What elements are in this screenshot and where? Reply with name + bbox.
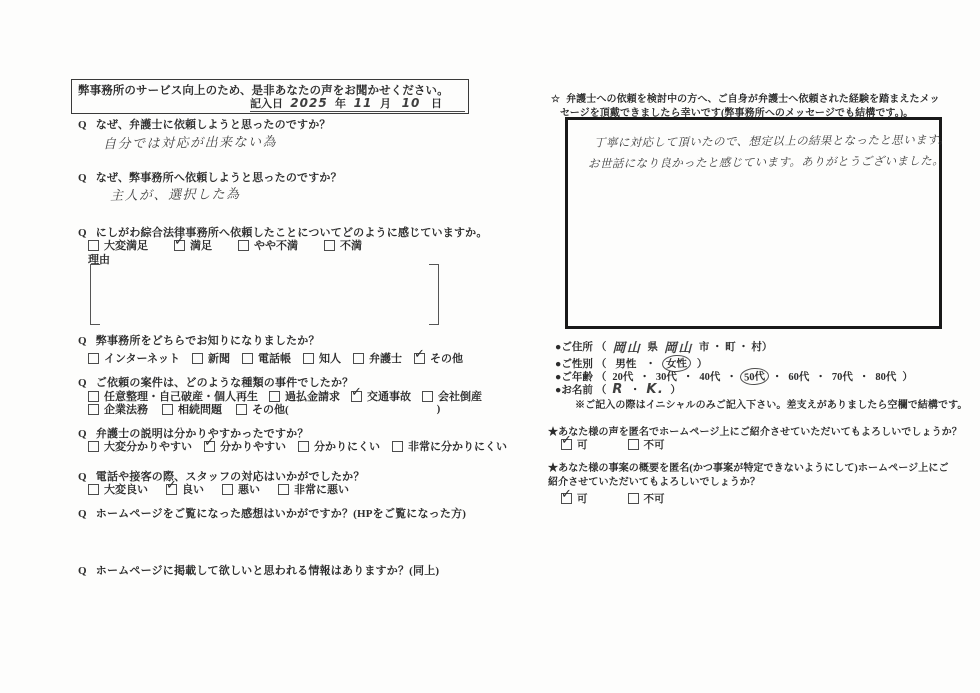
permission1-text: ★あなた様の声を匿名でホームページ上にご紹介させていただいてもよろしいでしょうか…	[548, 423, 962, 438]
address-pref-handwritten: 岡山	[612, 337, 641, 356]
perm1-ok-label: 可	[577, 437, 588, 452]
q7-option-3: 非常に悪い	[278, 481, 349, 497]
q6-option-2-label: 分かりにくい	[314, 438, 380, 454]
reason-bracket-left	[90, 264, 100, 325]
q4-option-1-label: 新聞	[208, 350, 230, 366]
name-close-paren: ）	[670, 382, 681, 397]
q3-option-1-label: 満足	[190, 237, 212, 253]
q-mark: Q	[78, 471, 87, 483]
q6-option-0-label: 大変分かりやすい	[104, 438, 192, 454]
checkbox	[303, 353, 314, 364]
age-option-60s: 60代	[785, 369, 812, 384]
address-open-paren: （	[596, 339, 607, 354]
q-mark: Q	[78, 377, 87, 389]
profile-name-row: ●お名前 （ R ・ K. ）	[555, 382, 684, 397]
fill-date-year-value: 2025	[283, 96, 335, 110]
perm2-ng-label: 不可	[644, 491, 665, 506]
checkbox	[628, 493, 639, 504]
checkbox	[162, 404, 173, 415]
fill-date-label: 記入日	[250, 95, 283, 111]
age-dot: ・	[815, 369, 826, 384]
q4-option-3-label: 知人	[319, 350, 341, 366]
checkbox	[192, 353, 203, 364]
q-mark: Q	[78, 335, 87, 347]
profile-address-row: ●ご住所 （ 岡山 県 岡山 市 ・ 町 ・ 村）	[555, 337, 775, 356]
star-icon: ☆	[551, 94, 560, 105]
checkbox	[628, 439, 639, 450]
name-first-initial-handwritten: R	[612, 382, 624, 397]
fill-date-day-unit: 日	[431, 95, 442, 111]
message-request-note-line1: ☆弁護士への依頼を検討中の方へ、ご自身が弁護士へ依頼された経験を踏まえたメッ	[551, 90, 940, 105]
name-last-initial-handwritten: K.	[646, 382, 664, 397]
q4-option-5-label: その他	[430, 350, 463, 366]
perm2-ok-label: 可	[577, 491, 588, 506]
q4-option-2-label: 電話帳	[258, 350, 291, 366]
checkbox	[561, 493, 572, 504]
q6-option-2: 分かりにくい	[298, 438, 380, 454]
age-option-40s: 40代	[696, 369, 723, 384]
age-dot: ・	[726, 369, 737, 384]
handwritten-message-line1: 丁寧に対応して頂いたので、想定以上の結果となったと思います。	[594, 131, 950, 150]
q4-option-4-label: 弁護士	[369, 350, 402, 366]
checkbox	[242, 353, 253, 364]
checkbox	[238, 240, 249, 251]
q6-option-1: 分かりやすい	[204, 438, 286, 454]
question-q4: Q弊事務所をどちらでお知りになりましたか？	[78, 332, 320, 348]
q5-option-5-label: 相続問題	[178, 401, 222, 417]
q4-option-2: 電話帳	[242, 350, 291, 366]
question-q8: Qホームページをご覧になった感想はいかがですか？(HPをご覧になった方)	[78, 505, 466, 521]
answer-q1-handwritten: 自分では対応が出来ない為	[103, 131, 277, 152]
q5-options-row2: 企業法務 相続問題 その他()	[88, 401, 454, 417]
question-q1: Qなぜ、弁護士に依頼しようと思ったのですか？	[78, 116, 331, 132]
q3-option-1: 満足	[174, 237, 212, 253]
name-label: ●お名前	[555, 382, 593, 397]
checkbox	[174, 240, 185, 251]
question-q9-text: ホームページに掲載して欲しいと思われる情報はありますか？(同上)	[96, 565, 440, 577]
perm2-option-ok: 可	[561, 491, 588, 506]
q6-option-0: 大変分かりやすい	[88, 438, 192, 454]
q-mark: Q	[78, 119, 87, 131]
q3-option-2: やや不満	[238, 237, 298, 253]
checkbox	[88, 441, 99, 452]
checkbox	[269, 391, 280, 402]
fill-date-day-value: 10	[391, 96, 431, 110]
checkbox	[204, 441, 215, 452]
permission2-options-row: 可 不可	[561, 491, 665, 506]
q-mark: Q	[78, 227, 87, 239]
q7-option-3-label: 非常に悪い	[294, 481, 349, 497]
q4-option-5: その他	[414, 350, 463, 366]
age-option-50s: 50代	[739, 367, 769, 385]
name-open-paren: （	[596, 382, 607, 397]
age-dot: ・	[683, 369, 694, 384]
q7-option-2: 悪い	[222, 481, 260, 497]
fill-date-month-value: 11	[346, 96, 380, 110]
answer-q2-handwritten: 主人が、選択した為	[110, 183, 241, 204]
perm1-option-ng: 不可	[628, 437, 665, 452]
initials-note: ※ご記入の際はイニシャルのみご記入下さい。差支えがありましたら空欄で結構です。	[575, 396, 968, 411]
reason-bracket-right	[429, 264, 439, 325]
perm1-option-ok: 可	[561, 437, 588, 452]
handwritten-message-line2: お世話になり良かったと感じています。ありがとうございました。	[588, 152, 944, 171]
age-option-80s: 80代	[872, 369, 899, 384]
permission1-options-row: 可 不可	[561, 437, 665, 452]
q3-option-3-label: 不満	[340, 237, 362, 253]
q4-option-0-label: インターネット	[104, 350, 180, 366]
q5-option-4-label: 企業法務	[104, 401, 148, 417]
q5-option-5: 相続問題	[162, 401, 222, 417]
question-q1-text: なぜ、弁護士に依頼しようと思ったのですか？	[96, 119, 331, 131]
perm1-ng-label: 不可	[644, 437, 665, 452]
checkbox	[278, 484, 289, 495]
q5-option-6: その他()	[236, 401, 440, 417]
q3-options-row: 大変満足 満足 やや不満 不満	[88, 237, 388, 253]
checkbox	[88, 404, 99, 415]
address-city-handwritten: 岡山	[664, 337, 693, 356]
permission2-text-line1: ★あなた様の事案の概要を匿名(かつ事案が特定できないようにして)ホームページ上に…	[548, 459, 949, 474]
q7-option-0: 大変良い	[88, 481, 148, 497]
q4-options-row: インターネット 新聞 電話帳 知人 弁護士 その他	[88, 350, 475, 366]
checkbox	[324, 240, 335, 251]
checkbox	[166, 484, 177, 495]
checkbox	[88, 240, 99, 251]
q4-option-0: インターネット	[88, 350, 180, 366]
fill-date-line: 記入日 2025 年 11 月 10 日	[250, 95, 465, 112]
checkbox	[298, 441, 309, 452]
checkbox	[414, 353, 425, 364]
question-q8-text: ホームページをご覧になった感想はいかがですか？(HPをご覧になった方)	[96, 508, 466, 520]
checkbox	[88, 353, 99, 364]
perm2-option-ng: 不可	[628, 491, 665, 506]
q4-option-3: 知人	[303, 350, 341, 366]
q5-option-6-label: その他(	[252, 401, 289, 417]
q5-option-4: 企業法務	[88, 401, 148, 417]
checkbox	[392, 441, 403, 452]
q3-option-3: 不満	[324, 237, 362, 253]
question-q9: Qホームページに掲載して欲しいと思われる情報はありますか？(同上)	[78, 562, 439, 578]
q5-other-close-paren: )	[437, 403, 441, 415]
scanned-survey-form: 弊事務所のサービス向上のため、是非あなたの声をお聞かせください。 記入日 202…	[0, 0, 980, 693]
checkbox	[222, 484, 233, 495]
q7-options-row: 大変良い 良い 悪い 非常に悪い	[88, 481, 367, 497]
name-dot: ・	[630, 382, 641, 397]
q3-option-2-label: やや不満	[254, 237, 298, 253]
q-mark: Q	[78, 565, 87, 577]
age-dot: ・	[772, 369, 783, 384]
q7-option-2-label: 悪い	[238, 481, 260, 497]
checkbox	[88, 484, 99, 495]
checkbox	[236, 404, 247, 415]
fill-date-year-unit: 年	[335, 95, 346, 111]
q6-option-3: 非常に分かりにくい	[392, 438, 507, 454]
age-dot: ・	[859, 369, 870, 384]
q-mark: Q	[78, 172, 87, 184]
message-box: 丁寧に対応して頂いたので、想定以上の結果となったと思います。 お世話になり良かっ…	[565, 117, 942, 329]
q-mark: Q	[78, 428, 87, 440]
age-option-70s: 70代	[829, 369, 856, 384]
fill-date-month-unit: 月	[380, 95, 391, 111]
q4-option-1: 新聞	[192, 350, 230, 366]
q6-options-row: 大変分かりやすい 分かりやすい 分かりにくい 非常に分かりにくい	[88, 438, 519, 454]
q7-option-1: 良い	[166, 481, 204, 497]
header-box: 弊事務所のサービス向上のため、是非あなたの声をお聞かせください。 記入日 202…	[71, 79, 469, 114]
q-mark: Q	[78, 508, 87, 520]
q6-option-3-label: 非常に分かりにくい	[408, 438, 507, 454]
permission2-text-line2: 紹介させていただいてもよろしいでしょうか？	[548, 473, 760, 488]
address-pref-unit: 県	[647, 339, 658, 354]
q7-option-1-label: 良い	[182, 481, 204, 497]
q6-option-1-label: 分かりやすい	[220, 438, 286, 454]
q4-option-4: 弁護士	[353, 350, 402, 366]
checkbox	[88, 391, 99, 402]
address-label: ●ご住所	[555, 339, 593, 354]
age-close-paren: ）	[902, 369, 913, 384]
checkbox	[422, 391, 433, 402]
question-q4-text: 弊事務所をどちらでお知りになりましたか？	[96, 335, 320, 347]
checkbox	[351, 391, 362, 402]
q7-option-0-label: 大変良い	[104, 481, 148, 497]
address-city-unit: 市 ・ 町 ・ 村）	[699, 339, 773, 354]
q3-option-0-label: 大変満足	[104, 237, 148, 253]
checkbox	[353, 353, 364, 364]
checkbox	[561, 439, 572, 450]
question-q2-text: なぜ、弊事務所へ依頼しようと思ったのですか？	[96, 172, 342, 184]
